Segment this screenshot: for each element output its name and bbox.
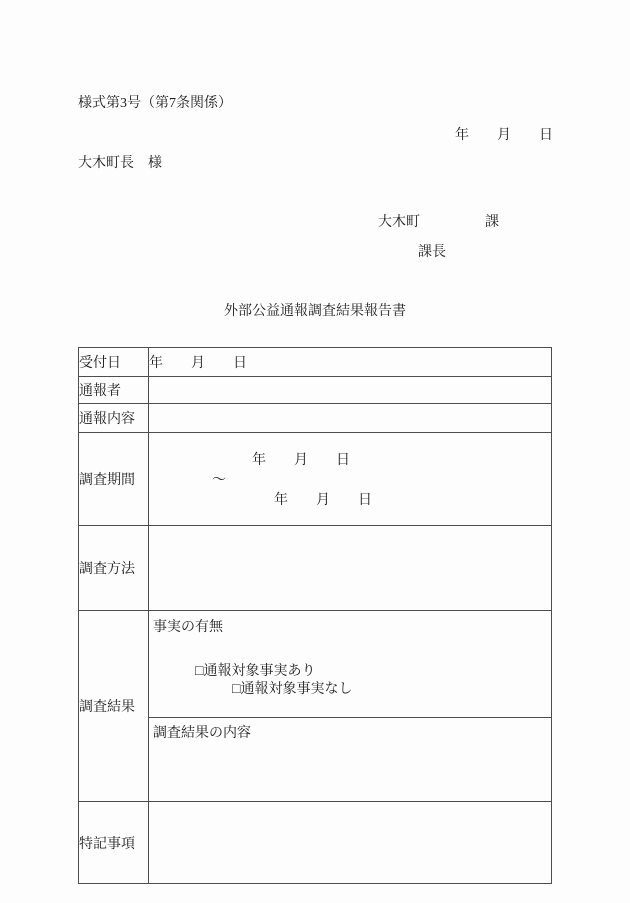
table-row-special-notes: 特記事項 [79,802,552,884]
reporter-value-cell [149,377,552,404]
period-separator: ～ [212,473,226,488]
reception-date-label: 受付日 [79,348,149,377]
period-end-date: 年 月 日 [274,493,372,508]
investigation-period-value-cell: 年 月 日 ～ 年 月 日 [149,433,552,526]
table-row-report-content: 通報内容 [79,404,552,433]
fact-checkbox-row: □通報対象事実あり □通報対象事実なし [153,645,551,717]
report-table: 受付日 年 月 日 通報者 通報内容 調査期間 年 月 日 ～ 年 月 日 [78,347,552,884]
result-content-cell: 調査結果の内容 [149,718,552,802]
investigation-period-label: 調査期間 [79,433,149,526]
result-content-heading: 調査結果の内容 [153,725,551,743]
report-form-page: 様式第3号（第7条関係） 年 月 日 大木町長 様 大木町 課 課長 外部公益通… [0,0,630,903]
special-notes-value-cell [149,802,552,884]
sender-department-suffix: 課 [485,214,499,232]
report-content-value-cell [149,404,552,433]
table-row-reception-date: 受付日 年 月 日 [79,348,552,377]
fact-presence-heading: 事実の有無 [153,619,551,637]
reception-date-value-cell: 年 月 日 [149,348,552,377]
investigation-method-label: 調査方法 [79,526,149,611]
investigation-method-value-cell [149,526,552,611]
checkbox-option-fact-none: □通報対象事実なし [232,682,352,697]
addressee: 大木町長 様 [78,155,162,173]
report-content-label: 通報内容 [79,404,149,433]
table-row-fact-presence: 調査結果 事実の有無 □通報対象事実あり □通報対象事実なし [79,611,552,718]
table-row-result-content: 調査結果の内容 [79,718,552,802]
investigation-result-label: 調査結果 [79,611,149,802]
sender-signer-title: 課長 [418,244,446,262]
checkbox-option-fact-exists: □通報対象事実あり [195,664,315,679]
header-date-line: 年 月 日 [455,127,553,145]
reporter-label: 通報者 [79,377,149,404]
sender-organization: 大木町 [378,214,420,232]
special-notes-label: 特記事項 [79,802,149,884]
fact-presence-cell: 事実の有無 □通報対象事実あり □通報対象事実なし [149,611,552,718]
table-row-investigation-period: 調査期間 年 月 日 ～ 年 月 日 [79,433,552,526]
period-start-date: 年 月 日 [252,453,350,468]
table-row-investigation-method: 調査方法 [79,526,552,611]
form-number: 様式第3号（第7条関係） [78,95,232,113]
table-row-reporter: 通報者 [79,377,552,404]
document-title: 外部公益通報調査結果報告書 [0,300,630,320]
